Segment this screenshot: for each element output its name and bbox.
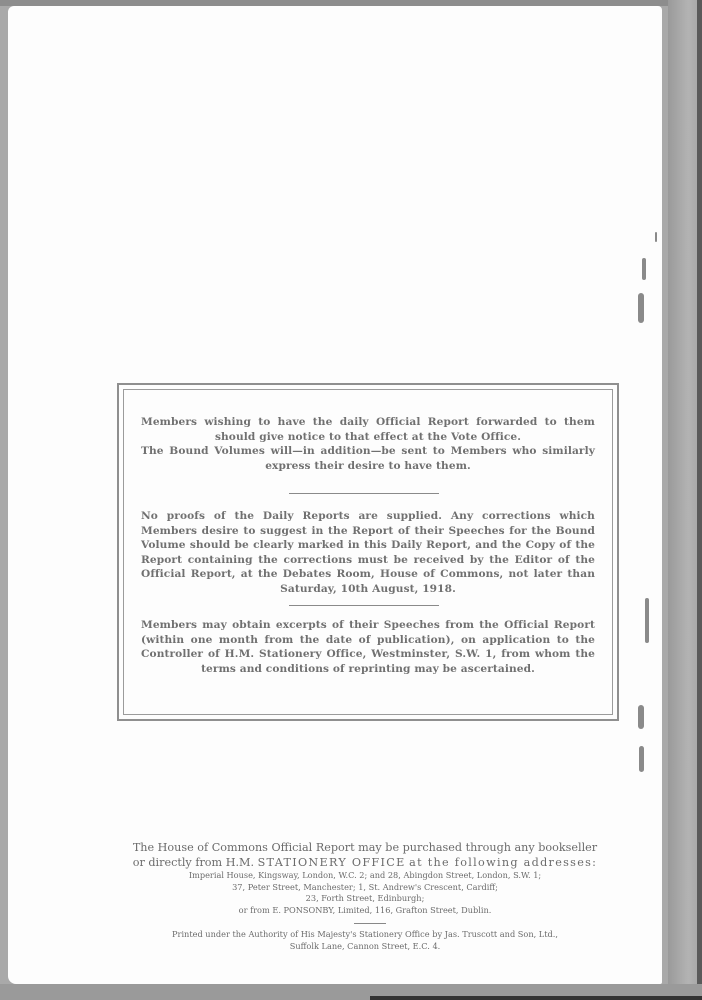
divider-rule [289,605,439,606]
purchase-information: The House of Commons Official Report may… [100,840,630,916]
notice-text-bound-volumes: The Bound Volumes will—in addition—be se… [141,444,595,473]
binding-mark [642,258,646,280]
notice-paragraph-excerpts: Members may obtain excerpts of their Spe… [141,618,595,676]
address-line: 37, Peter Street, Manchester; 1, St. And… [100,882,630,894]
notice-paragraph-corrections: No proofs of the Daily Reports are suppl… [141,509,595,597]
binding-mark [645,598,649,643]
printer-line: Suffolk Lane, Cannon Street, E.C. 4. [100,941,630,953]
purchase-line-2-suffix: at the following addresses: [409,856,597,869]
notice-box: Members wishing to have the daily Offici… [117,383,619,721]
purchase-line-2: or directly from H.M. STATIONERY OFFICE … [100,855,630,870]
footer-divider-rule [354,923,386,924]
address-line: or from E. PONSONBY, Limited, 116, Graft… [100,905,630,917]
divider-rule [289,493,439,494]
address-line: 23, Forth Street, Edinburgh; [100,893,630,905]
printer-line: Printed under the Authority of His Majes… [100,929,630,941]
binding-mark [655,232,657,242]
printer-imprint: Printed under the Authority of His Majes… [100,929,630,952]
notice-text-daily-report: Members wishing to have the daily Offici… [141,415,595,444]
binding-mark [639,746,644,772]
binding-mark [638,705,644,729]
notice-paragraph-subscription: Members wishing to have the daily Offici… [141,415,595,473]
purchase-line-2-prefix: or directly from H.M. [133,856,254,869]
address-line: Imperial House, Kingsway, London, W.C. 2… [100,870,630,882]
scan-bottom-shadow [370,996,702,1000]
binding-mark [638,293,644,323]
scan-right-edge [697,0,702,1000]
stationery-office-name: STATIONERY OFFICE [258,856,406,869]
purchase-line-1: The House of Commons Official Report may… [100,840,630,855]
